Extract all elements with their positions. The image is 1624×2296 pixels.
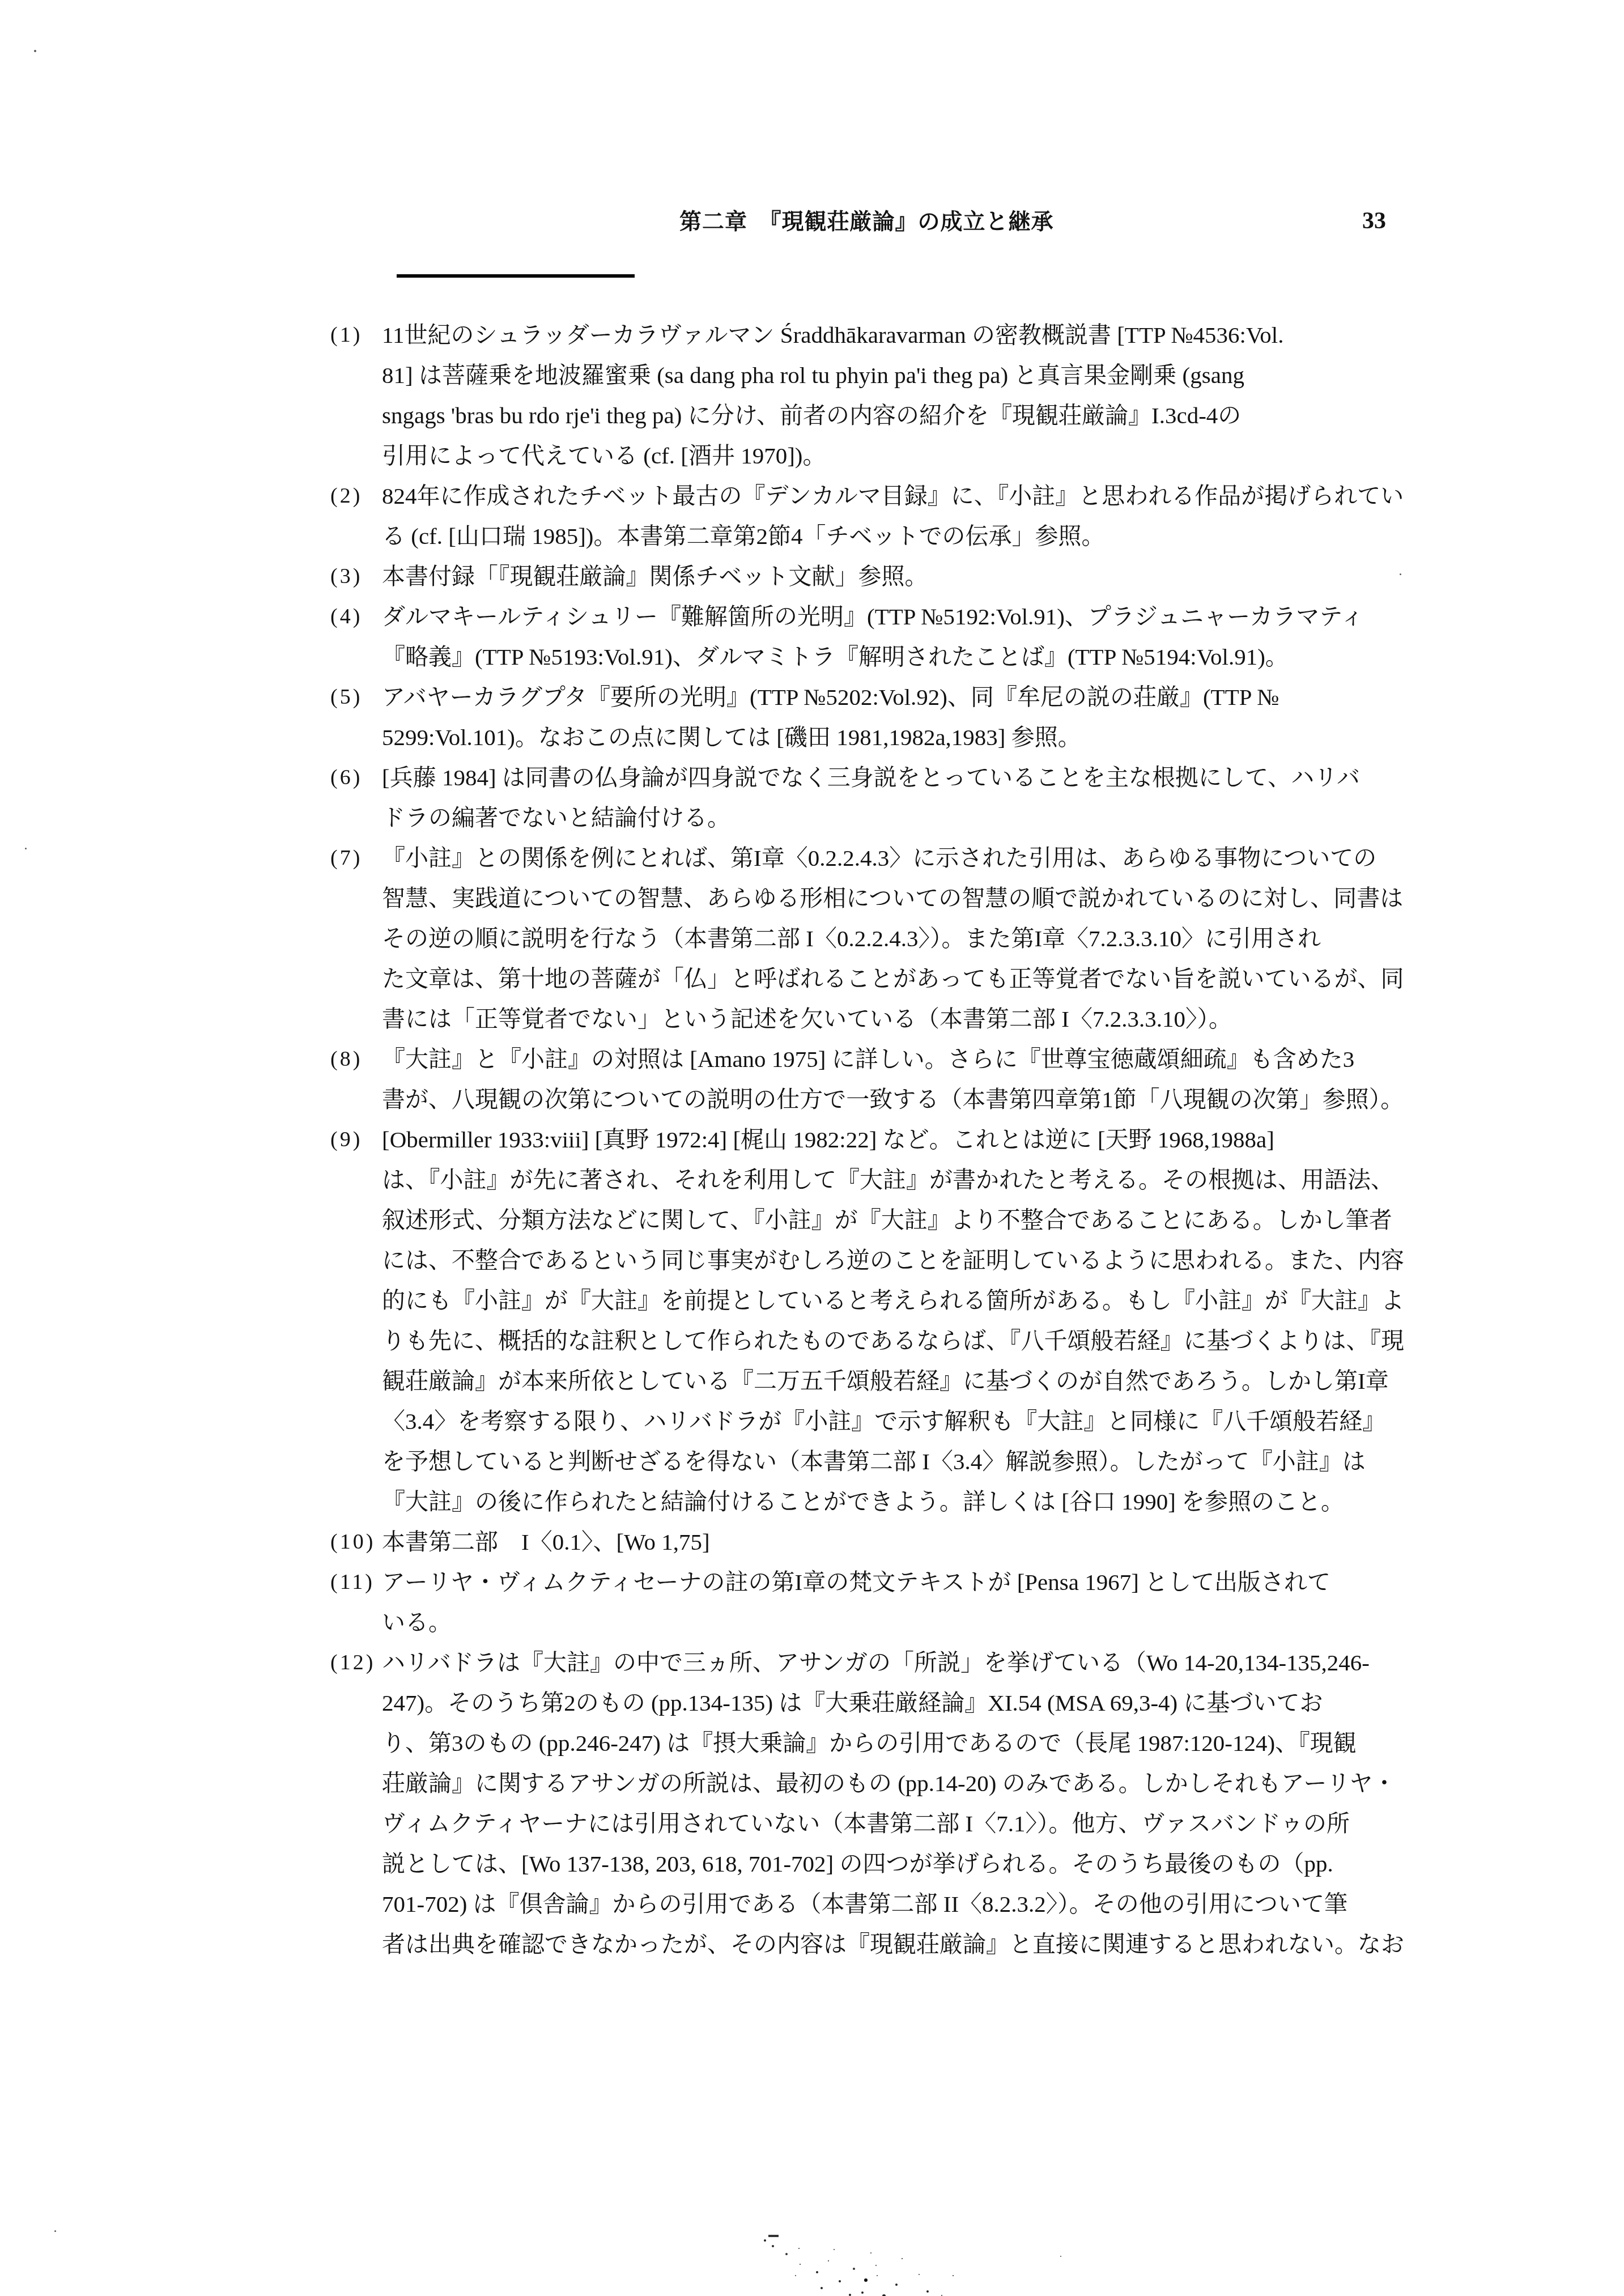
- note-line: 的にも『小註』が『大註』を前提としていると考えられる箇所がある。もし『小註』が『…: [382, 1281, 1464, 1321]
- note-line: ドラの編著でないと結論付ける。: [382, 798, 1464, 838]
- note-item: (3) 本書付録「『現観荘厳論』関係チベット文献」参照。: [330, 556, 1464, 597]
- note-line: [Obermiller 1933:viii] [真野 1972:4] [梶山 1…: [382, 1120, 1464, 1160]
- note-number: (7): [330, 838, 382, 878]
- note-lines: [兵藤 1984] は同書の仏身論が四身説でなく三身説をとっていることを主な根拠…: [382, 758, 1464, 838]
- note-lines: 本書付録「『現観荘厳論』関係チベット文献」参照。: [382, 556, 1464, 597]
- scan-speck: [1400, 573, 1401, 575]
- note-number: (5): [330, 677, 382, 717]
- note-number: (4): [330, 597, 382, 637]
- note-item: (10) 本書第二部 I〈0.1〉、[Wo 1,75]: [330, 1522, 1464, 1562]
- scan-speck: [54, 2230, 56, 2232]
- note-number: (12): [330, 1643, 382, 1683]
- note-lines: 『大註』と『小註』の対照は [Amano 1975] に詳しい。さらに『世尊宝徳…: [382, 1039, 1464, 1120]
- note-line: 『大註』の後に作られたと結論付けることができよう。詳しくは [谷口 1990] …: [382, 1482, 1464, 1522]
- note-line: 11世紀のシュラッダーカラヴァルマン Śraddhākaravarman の密教…: [382, 315, 1464, 355]
- note-line: 説としては、[Wo 137-138, 203, 618, 701-702] の四…: [382, 1844, 1464, 1884]
- note-line: 81] は菩薩乗を地波羅蜜乗 (sa dang pha rol tu phyin…: [382, 355, 1464, 396]
- note-line: 本書第二部 I〈0.1〉、[Wo 1,75]: [382, 1522, 1464, 1562]
- note-item: (7) 『小註』との関係を例にとれば、第I章〈0.2.2.4.3〉に示された引用…: [330, 838, 1464, 1039]
- note-item: (2) 824年に作成されたチベット最古の『デンカルマ目録』に、『小註』と思われ…: [330, 476, 1464, 556]
- note-item: (6) [兵藤 1984] は同書の仏身論が四身説でなく三身説をとっていることを…: [330, 758, 1464, 838]
- scan-noise-dash: [768, 2235, 779, 2237]
- note-item: (8) 『大註』と『小註』の対照は [Amano 1975] に詳しい。さらに『…: [330, 1039, 1464, 1120]
- note-number: (11): [330, 1562, 382, 1602]
- note-number: (3): [330, 556, 382, 597]
- note-line: 『略義』(TTP №5193:Vol.91)、ダルマミトラ『解明されたことば』(…: [382, 637, 1464, 677]
- note-line: 叙述形式、分類方法などに関して、『小註』が『大註』より不整合であることにある。し…: [382, 1200, 1464, 1240]
- notes-list: (1) 11世紀のシュラッダーカラヴァルマン Śraddhākaravarman…: [330, 315, 1464, 1965]
- note-item: (5) アバヤーカラグプタ『要所の光明』(TTP №5202:Vol.92)、同…: [330, 677, 1464, 758]
- note-line: 『大註』と『小註』の対照は [Amano 1975] に詳しい。さらに『世尊宝徳…: [382, 1039, 1464, 1079]
- note-line: 〈3.4〉を考察する限り、ハリバドラが『小註』で示す解釈も『大註』と同様に『八千…: [382, 1401, 1464, 1442]
- note-item: (1) 11世紀のシュラッダーカラヴァルマン Śraddhākaravarman…: [330, 315, 1464, 476]
- note-number: (10): [330, 1522, 382, 1562]
- note-line: り、第3のもの (pp.246-247) は『摂大乗論』からの引用であるので（長…: [382, 1723, 1464, 1763]
- note-line: ヴィムクティヤーナには引用されていない（本書第二部 I〈7.1〉）。他方、ヴァス…: [382, 1804, 1464, 1844]
- note-lines: ハリバドラは『大註』の中で三ヵ所、アサンガの「所説」を挙げている（Wo 14-2…: [382, 1643, 1464, 1965]
- note-lines: 824年に作成されたチベット最古の『デンカルマ目録』に、『小註』と思われる作品が…: [382, 476, 1464, 556]
- document-page: 第二章 『現観荘厳論』の成立と継承 33 (1) 11世紀のシュラッダーカラヴァ…: [0, 0, 1624, 2296]
- note-line: には、不整合であるという同じ事実がむしろ逆のことを証明しているように思われる。ま…: [382, 1240, 1464, 1281]
- note-line: た文章は、第十地の菩薩が「仏」と呼ばれることがあっても正等覚者でない旨を説いてい…: [382, 959, 1464, 999]
- note-number: (1): [330, 315, 382, 355]
- note-line: [兵藤 1984] は同書の仏身論が四身説でなく三身説をとっていることを主な根拠…: [382, 758, 1464, 798]
- note-line: アバヤーカラグプタ『要所の光明』(TTP №5202:Vol.92)、同『牟尼の…: [382, 677, 1464, 717]
- note-lines: アバヤーカラグプタ『要所の光明』(TTP №5202:Vol.92)、同『牟尼の…: [382, 677, 1464, 758]
- note-line: その逆の順に説明を行なう（本書第二部 I〈0.2.2.4.3〉）。また第I章〈7…: [382, 919, 1464, 959]
- footnote-divider-rule: [397, 274, 635, 278]
- note-item: (9) [Obermiller 1933:viii] [真野 1972:4] […: [330, 1120, 1464, 1522]
- note-line: りも先に、概括的な註釈として作られたものであるならば、『八千頌般若経』に基づくよ…: [382, 1321, 1464, 1361]
- page-number: 33: [1362, 209, 1386, 233]
- note-item: (12) ハリバドラは『大註』の中で三ヵ所、アサンガの「所説」を挙げている（Wo…: [330, 1643, 1464, 1965]
- note-line: 247)。そのうち第2のもの (pp.134-135) は『大乗荘厳経論』XI.…: [382, 1683, 1464, 1723]
- note-number: (6): [330, 758, 382, 798]
- note-line: 者は出典を確認できなかったが、その内容は『現観荘厳論』と直接に関連すると思われな…: [382, 1924, 1464, 1965]
- note-number: (9): [330, 1120, 382, 1160]
- note-line: 824年に作成されたチベット最古の『デンカルマ目録』に、『小註』と思われる作品が…: [382, 476, 1464, 516]
- scan-speck: [25, 848, 27, 849]
- note-line: は、『小註』が先に著され、それを利用して『大註』が書かれたと考える。その根拠は、…: [382, 1160, 1464, 1200]
- note-line: 書が、八現観の次第についての説明の仕方で一致する（本書第四章第1節「八現観の次第…: [382, 1079, 1464, 1120]
- note-line: を予想していると判断せざるを得ない（本書第二部 I〈3.4〉解説参照）。したがっ…: [382, 1442, 1464, 1482]
- note-line: 701-702) は『倶舎論』からの引用である（本書第二部 II〈8.2.3.2…: [382, 1884, 1464, 1924]
- note-line: 5299:Vol.101)。なおこの点に関しては [磯田 1981,1982a,…: [382, 717, 1464, 758]
- note-item: (11) アーリヤ・ヴィムクティセーナの註の第I章の梵文テキストが [Pensa…: [330, 1562, 1464, 1643]
- note-lines: 『小註』との関係を例にとれば、第I章〈0.2.2.4.3〉に示された引用は、あら…: [382, 838, 1464, 1039]
- note-line: 書には「正等覚者でない」という記述を欠いている（本書第二部 I〈7.2.3.3.…: [382, 999, 1464, 1039]
- scan-speck: [34, 50, 36, 52]
- note-lines: 本書第二部 I〈0.1〉、[Wo 1,75]: [382, 1522, 1464, 1562]
- note-line: sngags 'bras bu rdo rje'i theg pa) に分け、前…: [382, 396, 1464, 436]
- note-lines: 11世紀のシュラッダーカラヴァルマン Śraddhākaravarman の密教…: [382, 315, 1464, 476]
- note-line: ハリバドラは『大註』の中で三ヵ所、アサンガの「所説」を挙げている（Wo 14-2…: [382, 1643, 1464, 1683]
- note-line: 智慧、実践道についての智慧、あらゆる形相についての智慧の順で説かれているのに対し…: [382, 878, 1464, 919]
- running-header-chapter-title: 第二章 『現観荘厳論』の成立と継承: [679, 210, 1054, 235]
- note-lines: アーリヤ・ヴィムクティセーナの註の第I章の梵文テキストが [Pensa 1967…: [382, 1562, 1464, 1643]
- note-line: 『小註』との関係を例にとれば、第I章〈0.2.2.4.3〉に示された引用は、あら…: [382, 838, 1464, 878]
- note-number: (8): [330, 1039, 382, 1079]
- note-line: アーリヤ・ヴィムクティセーナの註の第I章の梵文テキストが [Pensa 1967…: [382, 1562, 1464, 1602]
- note-line: る (cf. [山口瑞 1985])。本書第二章第2節4「チベットでの伝承」参照…: [382, 516, 1464, 556]
- note-lines: ダルマキールティシュリー『難解箇所の光明』(TTP №5192:Vol.91)、…: [382, 597, 1464, 677]
- note-line: 本書付録「『現観荘厳論』関係チベット文献」参照。: [382, 556, 1464, 597]
- note-line: いる。: [382, 1602, 1464, 1643]
- note-line: 荘厳論』に関するアサンガの所説は、最初のもの (pp.14-20) のみである。…: [382, 1763, 1464, 1804]
- note-number: (2): [330, 476, 382, 516]
- note-line: 引用によって代えている (cf. [酒井 1970])。: [382, 436, 1464, 476]
- note-line: ダルマキールティシュリー『難解箇所の光明』(TTP №5192:Vol.91)、…: [382, 597, 1464, 637]
- note-item: (4) ダルマキールティシュリー『難解箇所の光明』(TTP №5192:Vol.…: [330, 597, 1464, 677]
- note-line: 観荘厳論』が本来所依としている『二万五千頌般若経』に基づくのが自然であろう。しか…: [382, 1361, 1464, 1401]
- scan-noise-speckles: [764, 2239, 766, 2242]
- note-lines: [Obermiller 1933:viii] [真野 1972:4] [梶山 1…: [382, 1120, 1464, 1522]
